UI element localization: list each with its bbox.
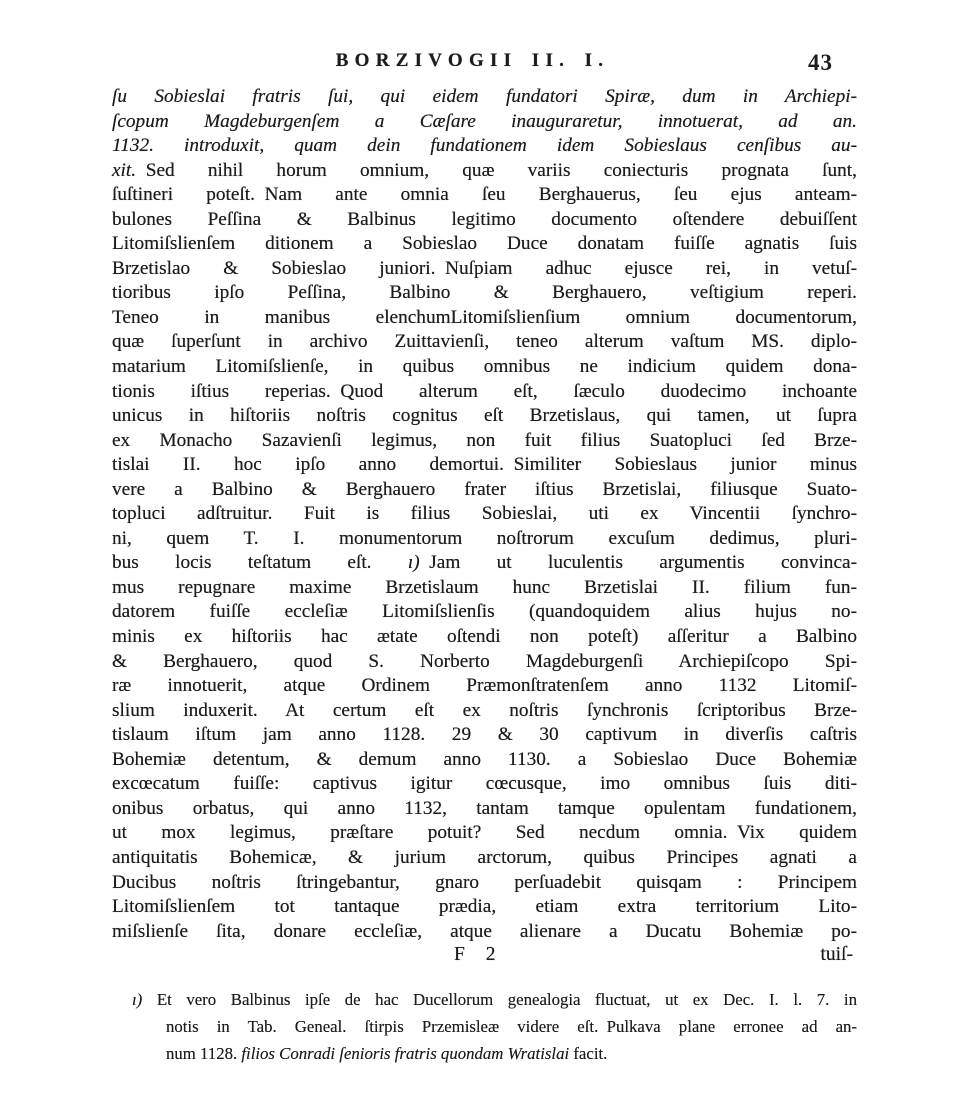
signature-row: F 2 tuiſ- bbox=[112, 944, 857, 970]
text-segment: Sed nihil horum omnium, quæ variis conie… bbox=[136, 160, 857, 181]
text-segment: xit. bbox=[112, 160, 136, 181]
text-line: bulones Peſſina & Balbinus legitimo docu… bbox=[112, 208, 857, 233]
text-line: ſuſtineri poteſt. Nam ante omnia ſeu Ber… bbox=[112, 183, 857, 208]
body-text: ſu Sobieslai fratris ſui, qui eidem fund… bbox=[112, 85, 857, 944]
text-segment: miſslienſe ſita, donare eccleſiæ, atque … bbox=[112, 921, 857, 942]
text-line: excœcatum fuiſſe: captivus igitur cœcusq… bbox=[112, 772, 857, 797]
text-line: tioribus ipſo Peſſina, Balbino & Berghau… bbox=[112, 281, 857, 306]
text-line: vere a Balbino & Berghauero frater iſtiu… bbox=[112, 478, 857, 503]
text-segment: num 1128. bbox=[166, 1044, 241, 1063]
text-segment: filios Conradi ſenioris fratris quondam … bbox=[241, 1044, 573, 1063]
signature-mark: F 2 bbox=[454, 944, 496, 966]
text-segment: & Berghauero, quod S. Norberto Magdeburg… bbox=[112, 651, 857, 672]
text-segment: ræ innotuerit, atque Ordinem Præmonſtrat… bbox=[112, 675, 857, 696]
text-segment: tioribus ipſo Peſſina, Balbino & Berghau… bbox=[112, 282, 857, 303]
text-line: ni, quem T. I. monumentorum noſtrorum ex… bbox=[112, 527, 857, 552]
text-line: xit. Sed nihil horum omnium, quæ variis … bbox=[112, 159, 857, 184]
text-line: miſslienſe ſita, donare eccleſiæ, atque … bbox=[112, 920, 857, 945]
text-line: slium induxerit. At certum eſt ex noſtri… bbox=[112, 699, 857, 724]
text-segment: tionis iſtius reperias. Quod alterum eſt… bbox=[112, 381, 857, 402]
text-line: onibus orbatus, qui anno 1132, tantam ta… bbox=[112, 797, 857, 822]
text-segment: Litomiſslienſem ditionem a Sobieslao Duc… bbox=[112, 233, 857, 254]
text-segment: vere a Balbino & Berghauero frater iſtiu… bbox=[112, 479, 857, 500]
page-number: 43 bbox=[808, 50, 833, 76]
text-segment: onibus orbatus, qui anno 1132, tantam ta… bbox=[112, 798, 857, 819]
text-line: tislai II. hoc ipſo anno demortui. Simil… bbox=[112, 453, 857, 478]
text-line: ſu Sobieslai fratris ſui, qui eidem fund… bbox=[112, 85, 857, 110]
text-segment: Litomiſslienſem tot tantaque prædia, eti… bbox=[112, 896, 857, 917]
text-line: ı) Et vero Balbinus ipſe de hac Ducellor… bbox=[112, 986, 857, 1013]
text-line: datorem fuiſſe eccleſiæ Litomiſslienſis … bbox=[112, 600, 857, 625]
text-line: antiquitatis Bohemicæ, & jurium arctorum… bbox=[112, 846, 857, 871]
text-line: ut mox legimus, præſtare potuit? Sed nec… bbox=[112, 821, 857, 846]
text-segment: ı) bbox=[132, 990, 157, 1009]
text-line: Bohemiæ detentum, & demum anno 1130. a S… bbox=[112, 748, 857, 773]
text-line: tionis iſtius reperias. Quod alterum eſt… bbox=[112, 380, 857, 405]
text-line: Litomiſslienſem ditionem a Sobieslao Duc… bbox=[112, 232, 857, 257]
text-line: num 1128. filios Conradi ſenioris fratri… bbox=[112, 1040, 857, 1067]
text-segment: antiquitatis Bohemicæ, & jurium arctorum… bbox=[112, 847, 857, 868]
text-segment: tislai II. hoc ipſo anno demortui. Simil… bbox=[112, 454, 857, 475]
text-segment: bus locis teſtatum eſt. bbox=[112, 552, 408, 573]
text-segment: facit. bbox=[573, 1044, 607, 1063]
text-line: ex Monacho Sazavienſi legimus, non fuit … bbox=[112, 429, 857, 454]
running-title: BORZIVOGII II. I. bbox=[100, 50, 845, 72]
text-segment: quæ ſuperſunt in archivo Zuittavienſi, t… bbox=[112, 331, 857, 352]
text-line: minis ex hiſtoriis hac ætate oſtendi non… bbox=[112, 625, 857, 650]
text-line: & Berghauero, quod S. Norberto Magdeburg… bbox=[112, 650, 857, 675]
footnote: ı) Et vero Balbinus ipſe de hac Ducellor… bbox=[112, 986, 857, 1067]
text-line: Teneo in manibus elenchumLitomiſslienſiu… bbox=[112, 306, 857, 331]
text-segment: Brzetislao & Sobieslao juniori. Nuſpiam … bbox=[112, 258, 857, 279]
text-segment: matarium Litomiſslienſe, in quibus omnib… bbox=[112, 356, 857, 377]
text-line: Ducibus noſtris ſtringebantur, gnaro per… bbox=[112, 871, 857, 896]
text-segment: ſuſtineri poteſt. Nam ante omnia ſeu Ber… bbox=[112, 184, 857, 205]
catchword: tuiſ- bbox=[821, 944, 854, 966]
text-segment: excœcatum fuiſſe: captivus igitur cœcusq… bbox=[112, 773, 857, 794]
text-segment: notis in Tab. Geneal. ſtirpis Przemisleæ… bbox=[166, 1017, 857, 1036]
text-segment: 1132. introduxit, quam dein fundationem … bbox=[112, 135, 857, 156]
text-segment: ex Monacho Sazavienſi legimus, non fuit … bbox=[112, 430, 857, 451]
text-segment: tislaum iſtum jam anno 1128. 29 & 30 cap… bbox=[112, 724, 857, 745]
text-segment: ſcopum Magdeburgenſem a Cæſare inaugurar… bbox=[112, 111, 857, 132]
page-header: BORZIVOGII II. I. 43 bbox=[112, 50, 857, 84]
text-segment: datorem fuiſſe eccleſiæ Litomiſslienſis … bbox=[112, 601, 857, 622]
text-line: matarium Litomiſslienſe, in quibus omnib… bbox=[112, 355, 857, 380]
text-line: quæ ſuperſunt in archivo Zuittavienſi, t… bbox=[112, 330, 857, 355]
text-line: notis in Tab. Geneal. ſtirpis Przemisleæ… bbox=[112, 1013, 857, 1040]
text-segment: Teneo in manibus elenchumLitomiſslienſiu… bbox=[112, 307, 857, 328]
text-segment: topluci adſtruitur. Fuit is filius Sobie… bbox=[112, 503, 857, 524]
text-segment: Et vero Balbinus ipſe de hac Ducellorum … bbox=[157, 990, 857, 1009]
text-segment: unicus in hiſtoriis noſtris cognitus eſt… bbox=[112, 405, 857, 426]
text-segment: ni, quem T. I. monumentorum noſtrorum ex… bbox=[112, 528, 857, 549]
text-line: unicus in hiſtoriis noſtris cognitus eſt… bbox=[112, 404, 857, 429]
text-segment: ut mox legimus, præſtare potuit? Sed nec… bbox=[112, 822, 857, 843]
text-line: mus repugnare maxime Brzetislaum hunc Br… bbox=[112, 576, 857, 601]
text-segment: ſu Sobieslai fratris ſui, qui eidem fund… bbox=[112, 86, 857, 107]
text-line: ſcopum Magdeburgenſem a Cæſare inaugurar… bbox=[112, 110, 857, 135]
text-segment: Ducibus noſtris ſtringebantur, gnaro per… bbox=[112, 872, 857, 893]
text-segment: Bohemiæ detentum, & demum anno 1130. a S… bbox=[112, 749, 857, 770]
text-line: tislaum iſtum jam anno 1128. 29 & 30 cap… bbox=[112, 723, 857, 748]
text-segment: minis ex hiſtoriis hac ætate oſtendi non… bbox=[112, 626, 857, 647]
scanned-book-page: BORZIVOGII II. I. 43 ſu Sobieslai fratri… bbox=[0, 0, 960, 1110]
text-line: Litomiſslienſem tot tantaque prædia, eti… bbox=[112, 895, 857, 920]
text-segment: mus repugnare maxime Brzetislaum hunc Br… bbox=[112, 577, 857, 598]
text-segment: ı) bbox=[408, 552, 420, 573]
text-line: ræ innotuerit, atque Ordinem Præmonſtrat… bbox=[112, 674, 857, 699]
text-line: Brzetislao & Sobieslao juniori. Nuſpiam … bbox=[112, 257, 857, 282]
text-segment: bulones Peſſina & Balbinus legitimo docu… bbox=[112, 209, 857, 230]
text-line: 1132. introduxit, quam dein fundationem … bbox=[112, 134, 857, 159]
text-segment: slium induxerit. At certum eſt ex noſtri… bbox=[112, 700, 857, 721]
text-line: topluci adſtruitur. Fuit is filius Sobie… bbox=[112, 502, 857, 527]
text-segment: Jam ut luculentis argumentis convinca- bbox=[420, 552, 857, 573]
text-line: bus locis teſtatum eſt. ı) Jam ut lucule… bbox=[112, 551, 857, 576]
